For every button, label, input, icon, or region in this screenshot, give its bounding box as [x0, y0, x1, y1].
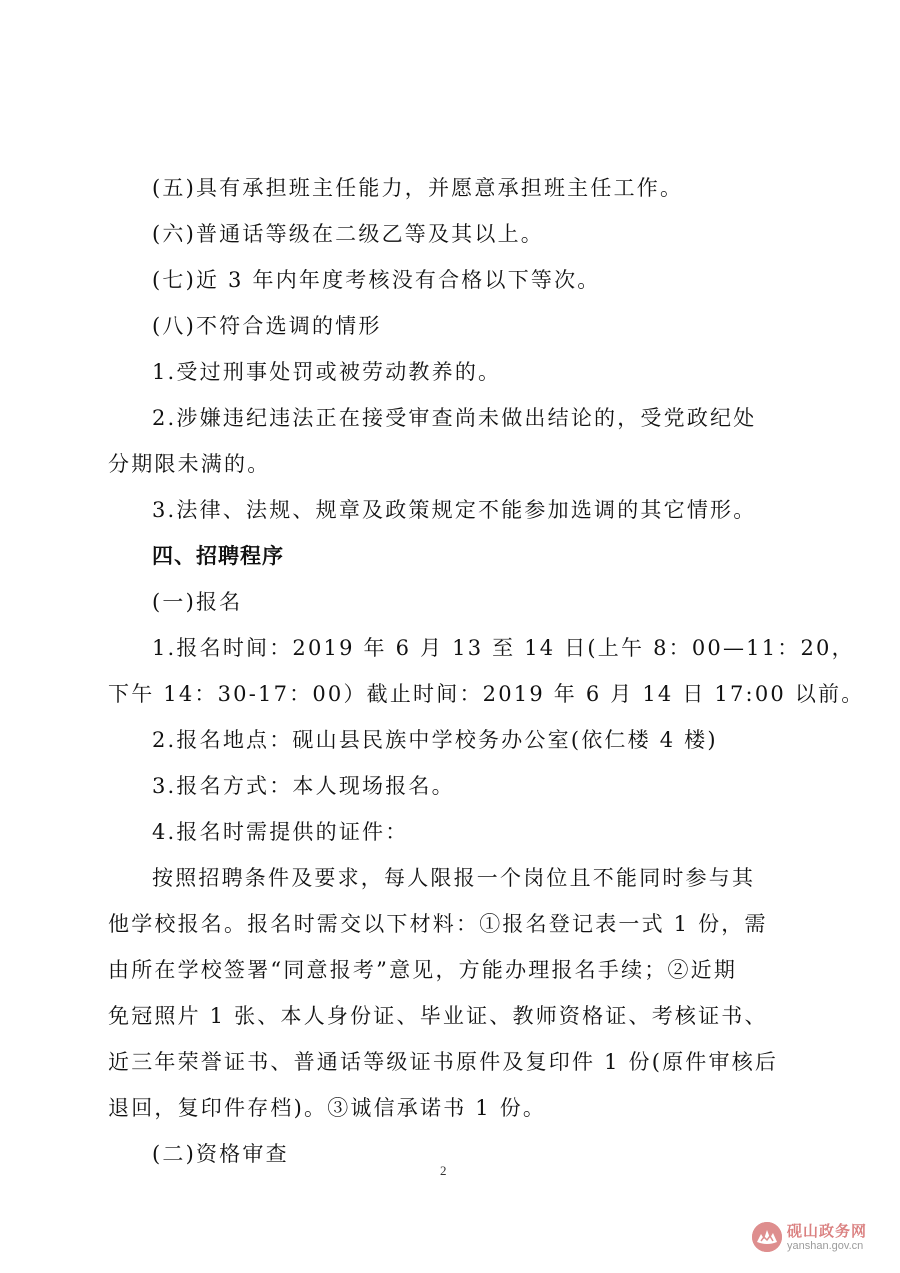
exclusion-3: 3.法律、法规、规章及政策规定不能参加选调的其它情形。 — [108, 487, 798, 533]
registration-time-line2: 下午 14：30-17：00）截止时间：2019 年 6 月 14 日 17:0… — [108, 671, 798, 717]
watermark: 砚山政务网 yanshan.gov.cn — [752, 1222, 867, 1252]
page-number: 2 — [440, 1163, 447, 1179]
registration-documents-line5: 近三年荣誉证书、普通话等级证书原件及复印件 1 份(原件审核后 — [108, 1039, 798, 1085]
exclusion-2-line1: 2.涉嫌违纪违法正在接受审查尚未做出结论的，受党政纪处 — [108, 395, 798, 441]
section-heading: 四、招聘程序 — [108, 533, 798, 579]
document-body: (五)具有承担班主任能力，并愿意承担班主任工作。 (六)普通话等级在二级乙等及其… — [108, 165, 798, 1177]
exclusion-2-line2: 分期限未满的。 — [108, 441, 798, 487]
subsection-qualification-review: (二)资格审查 — [108, 1131, 798, 1177]
registration-documents-title: 4.报名时需提供的证件： — [108, 809, 798, 855]
watermark-site-name: 砚山政务网 — [787, 1223, 867, 1240]
registration-documents-line2: 他学校报名。报名时需交以下材料：①报名登记表一式 1 份，需 — [108, 901, 798, 947]
exclusion-1: 1.受过刑事处罚或被劳动教养的。 — [108, 349, 798, 395]
subsection-registration: (一)报名 — [108, 579, 798, 625]
registration-documents-line6: 退回，复印件存档)。③诚信承诺书 1 份。 — [108, 1085, 798, 1131]
requirement-5: (五)具有承担班主任能力，并愿意承担班主任工作。 — [108, 165, 798, 211]
watermark-domain: yanshan.gov.cn — [787, 1240, 867, 1252]
requirement-8: (八)不符合选调的情形 — [108, 303, 798, 349]
registration-method: 3.报名方式：本人现场报名。 — [108, 763, 798, 809]
requirement-6: (六)普通话等级在二级乙等及其以上。 — [108, 211, 798, 257]
document-page: (五)具有承担班主任能力，并愿意承担班主任工作。 (六)普通话等级在二级乙等及其… — [0, 0, 900, 1273]
registration-documents-line1: 按照招聘条件及要求，每人限报一个岗位且不能同时参与其 — [108, 855, 798, 901]
registration-time-line1: 1.报名时间：2019 年 6 月 13 至 14 日(上午 8：00—11：2… — [108, 625, 798, 671]
registration-location: 2.报名地点：砚山县民族中学校务办公室(依仁楼 4 楼) — [108, 717, 798, 763]
registration-documents-line3: 由所在学校签署“同意报考”意见，方能办理报名手续；②近期 — [108, 947, 798, 993]
yanshan-logo-icon — [752, 1222, 782, 1252]
registration-documents-line4: 免冠照片 1 张、本人身份证、毕业证、教师资格证、考核证书、 — [108, 993, 798, 1039]
requirement-7: (七)近 3 年内年度考核没有合格以下等次。 — [108, 257, 798, 303]
